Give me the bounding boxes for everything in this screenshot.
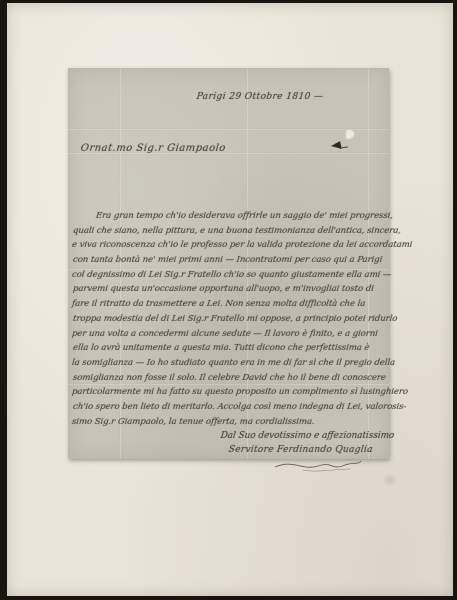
body-line: simo Sig.r Giampaolo, la tenue offerta, …: [71, 415, 389, 430]
ink-blot-tail: [339, 146, 348, 148]
body-line: troppa modestia del di Lei Sig.r Fratell…: [72, 312, 389, 327]
body-line: quali che siano, nella pittura, e una bu…: [72, 224, 389, 239]
body-line: ella lo avrà unitamente a questa mia. Tu…: [72, 341, 389, 356]
signature-line: Servitore Ferdinando Quaglia: [228, 445, 373, 455]
photo-mat: Parigi 29 Ottobre 1810 — Ornat.mo Sig.r …: [7, 3, 453, 596]
ink-blot-mark: [330, 141, 341, 151]
body-line: con tanta bontà ne' miei primi anni — In…: [72, 253, 389, 268]
date-line: Parigi 29 Ottobre 1810 —: [196, 92, 324, 102]
body-line: col degnissimo di Lei Sig.r Fratello ch'…: [71, 268, 389, 283]
mat-smudge-mark: [382, 473, 398, 487]
letter-paper: Parigi 29 Ottobre 1810 — Ornat.mo Sig.r …: [68, 68, 389, 459]
salutation: Ornat.mo Sig.r Giampaolo: [80, 143, 226, 154]
body-line: somiglianza non fosse il solo. Il celebr…: [72, 371, 389, 386]
body-line: e viva riconoscenza ch'io le professo pe…: [71, 238, 389, 253]
body-line: ch'io spero ben lieto di meritarlo. Acco…: [72, 400, 389, 415]
body-line: parvemi questa un'occasione opportuna al…: [72, 282, 389, 297]
body-line: particolarmente mi ha fatto su questo pr…: [71, 385, 389, 400]
letter-body: Era gran tempo ch'io desiderava offrirle…: [71, 209, 387, 429]
body-line: Era gran tempo ch'io desiderava offrirle…: [71, 209, 389, 224]
photo-background: Parigi 29 Ottobre 1810 — Ornat.mo Sig.r …: [0, 0, 457, 600]
body-line: fare il ritratto da trasmettere a Lei. N…: [71, 297, 389, 312]
paper-crease-horizontal-top: [68, 128, 389, 131]
paper-tear-mark: [346, 130, 354, 139]
body-line: la somiglianza — Io ho studiato quanto e…: [71, 356, 389, 371]
signature-flourish: [273, 457, 363, 473]
closing-line: Dal Suo devotissimo e affezionatissimo: [220, 431, 395, 441]
body-line: per una volta a concedermi alcune sedute…: [71, 327, 389, 342]
